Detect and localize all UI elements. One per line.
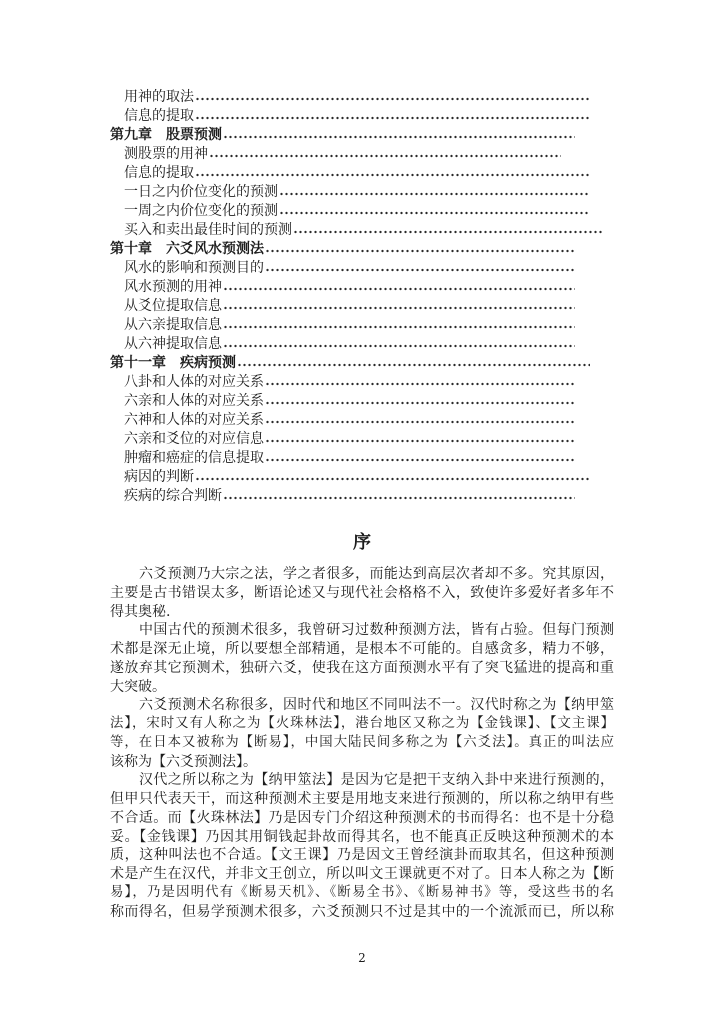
toc-entry-text: 风水预测的用神 [124,278,222,297]
toc-entry-text: 信息的提取 [124,107,194,126]
toc-entry: 风水预测的用神 [110,278,575,297]
paragraph-line: 质，这种叫法也不合适。【文王课】乃是因文王曾经演卦而取其名，但这种预测 [110,846,614,865]
dot-leader [223,335,575,354]
dot-leader [223,316,575,335]
toc-entry-text: 从六亲提取信息 [124,316,222,335]
toc-entry-text: 六亲和人体的对应关系 [124,392,264,411]
chapter-label: 第九章 [110,126,152,145]
paragraph: 六爻预测乃大宗之法，学之者很多，而能达到高层次者却不多。究其原因， 主要是古书错… [110,565,614,621]
dot-leader [195,468,590,487]
toc-entry: 六亲和爻位的对应信息 [110,430,575,449]
toc-entry-text: 用神的取法 [124,88,194,107]
toc-entry-text: 八卦和人体的对应关系 [124,373,264,392]
dot-leader [265,430,575,449]
paragraph-line: 该称为【六爻预测法】。 [110,753,614,772]
preface-title: 序 [0,531,724,555]
toc-chapter-heading: 第十一章 疾病预测 [110,354,590,373]
chapter-title: 六爻风水预测法 [166,240,264,259]
dot-leader [265,392,575,411]
toc-chapter-heading: 第十章 六爻风水预测法 [110,240,575,259]
dot-leader [209,145,561,164]
toc-entry: 用神的取法 [110,88,590,107]
chapter-label: 第十一章 [110,354,166,373]
paragraph-line: 大突破。 [110,678,614,697]
toc-entry: 六神和人体的对应关系 [110,411,575,430]
toc-entry: 风水的影响和预测目的 [110,259,575,278]
paragraph-line: 不合适。而【火珠林法】乃是因专门介绍这种预测术的书而得名：也不是十分稳 [110,809,614,828]
toc-entry-text: 测股票的用神 [124,145,208,164]
paragraph-line: 汉代之所以称之为【纳甲筮法】是因为它是把干支纳入卦中来进行预测的， [110,771,614,790]
paragraph-line: 术是产生在汉代，并非文王创立，所以叫文王课就更不对了。日本人称之为【断 [110,865,614,884]
toc-entry-text: 信息的提取 [124,164,194,183]
dot-leader [237,354,590,373]
toc-entry: 一周之内价位变化的预测 [110,202,590,221]
toc-entry: 从六亲提取信息 [110,316,575,335]
toc-entry-text: 六神和人体的对应关系 [124,411,264,430]
toc-entry: 肿瘤和癌症的信息提取 [110,449,575,468]
paragraph: 六爻预测术名称很多，因时代和地区不同叫法不一。汉代时称之为【纳甲筮 法】，宋时又… [110,696,614,771]
chapter-title: 疾病预测 [180,354,236,373]
toc-entry: 从六神提取信息 [110,335,575,354]
paragraph-line: 中国古代的预测术很多，我曾研习过数种预测方法，皆有占验。但每门预测 [110,621,614,640]
table-of-contents: 用神的取法 信息的提取 第九章 股票预测 测股票的用神 信息的提取 一日之内价位… [110,88,604,506]
dot-leader [265,240,575,259]
toc-entry-text: 疾病的综合判断 [124,487,222,506]
toc-entry: 病因的判断 [110,468,590,487]
paragraph: 汉代之所以称之为【纳甲筮法】是因为它是把干支纳入卦中来进行预测的， 但甲只代表天… [110,771,614,921]
toc-entry-text: 病因的判断 [124,468,194,487]
toc-entry-text: 风水的影响和预测目的 [124,259,264,278]
dot-leader [279,202,590,221]
toc-entry: 疾病的综合判断 [110,487,575,506]
paragraph-line: 六爻预测乃大宗之法，学之者很多，而能达到高层次者却不多。究其原因， [110,565,614,584]
toc-chapter-heading: 第九章 股票预测 [110,126,575,145]
toc-entry: 八卦和人体的对应关系 [110,373,575,392]
toc-entry: 信息的提取 [110,107,590,126]
paragraph-line: 得其奥秘. [110,603,614,622]
paragraph-line: 妥。【金钱课】乃因其用铜钱起卦故而得其名，也不能真正反映这种预测术的本 [110,828,614,847]
toc-entry: 买入和卖出最佳时间的预测 [110,221,604,240]
toc-entry: 信息的提取 [110,164,590,183]
dot-leader [195,164,590,183]
dot-leader [223,297,575,316]
paragraph-line: 称而得名，但易学预测术很多，六爻预测只不过是其中的一个流派而已，所以称 [110,903,614,922]
dot-leader [195,88,590,107]
dot-leader [195,107,590,126]
toc-entry-text: 一日之内价位变化的预测 [124,183,278,202]
toc-entry: 一日之内价位变化的预测 [110,183,590,202]
toc-entry-text: 买入和卖出最佳时间的预测 [124,221,292,240]
dot-leader [223,278,575,297]
dot-leader [293,221,604,240]
dot-leader [265,411,575,430]
dot-leader [265,449,575,468]
toc-entry: 从爻位提取信息 [110,297,575,316]
toc-entry: 测股票的用神 [110,145,561,164]
chapter-title: 股票预测 [166,126,222,145]
toc-entry-text: 肿瘤和癌症的信息提取 [124,449,264,468]
paragraph-line: 法】，宋时又有人称之为【火珠林法】，港台地区又称之为【金钱课】、【文主课】 [110,715,614,734]
dot-leader [265,259,575,278]
paragraph-line: 等，在日本又被称为【断易】，中国大陆民间多称之为【六爻法】。真正的叫法应 [110,734,614,753]
toc-entry-text: 从六神提取信息 [124,335,222,354]
toc-entry-text: 一周之内价位变化的预测 [124,202,278,221]
page-number: 2 [0,950,724,966]
paragraph-line: 主要是古书错误太多，断语论述又与现代社会格格不入，致使许多爱好者多年不 [110,584,614,603]
toc-entry: 六亲和人体的对应关系 [110,392,575,411]
dot-leader [265,373,575,392]
paragraph-line: 遂放弃其它预测术，独研六爻，使我在这方面预测水平有了突飞猛进的提高和重 [110,659,614,678]
paragraph-line: 术都是深无止境，所以要想全部精通，是根本不可能的。自感贪多，精力不够， [110,640,614,659]
chapter-label: 第十章 [110,240,152,259]
paragraph: 中国古代的预测术很多，我曾研习过数种预测方法，皆有占验。但每门预测 术都是深无止… [110,621,614,696]
paragraph-line: 六爻预测术名称很多，因时代和地区不同叫法不一。汉代时称之为【纳甲筮 [110,696,614,715]
toc-entry-text: 从爻位提取信息 [124,297,222,316]
dot-leader [223,126,575,145]
toc-entry-text: 六亲和爻位的对应信息 [124,430,264,449]
paragraph-line: 易】，乃是因明代有《断易天机》、《断易全书》、《断易神书》等，受这些书的名 [110,884,614,903]
dot-leader [223,487,575,506]
document-page: 用神的取法 信息的提取 第九章 股票预测 测股票的用神 信息的提取 一日之内价位… [0,0,724,1024]
dot-leader [279,183,590,202]
paragraph-line: 但甲只代表天干，而这种预测术主要是用地支来进行预测的，所以称之纳甲有些 [110,790,614,809]
preface-body: 六爻预测乃大宗之法，学之者很多，而能达到高层次者却不多。究其原因， 主要是古书错… [110,565,614,921]
